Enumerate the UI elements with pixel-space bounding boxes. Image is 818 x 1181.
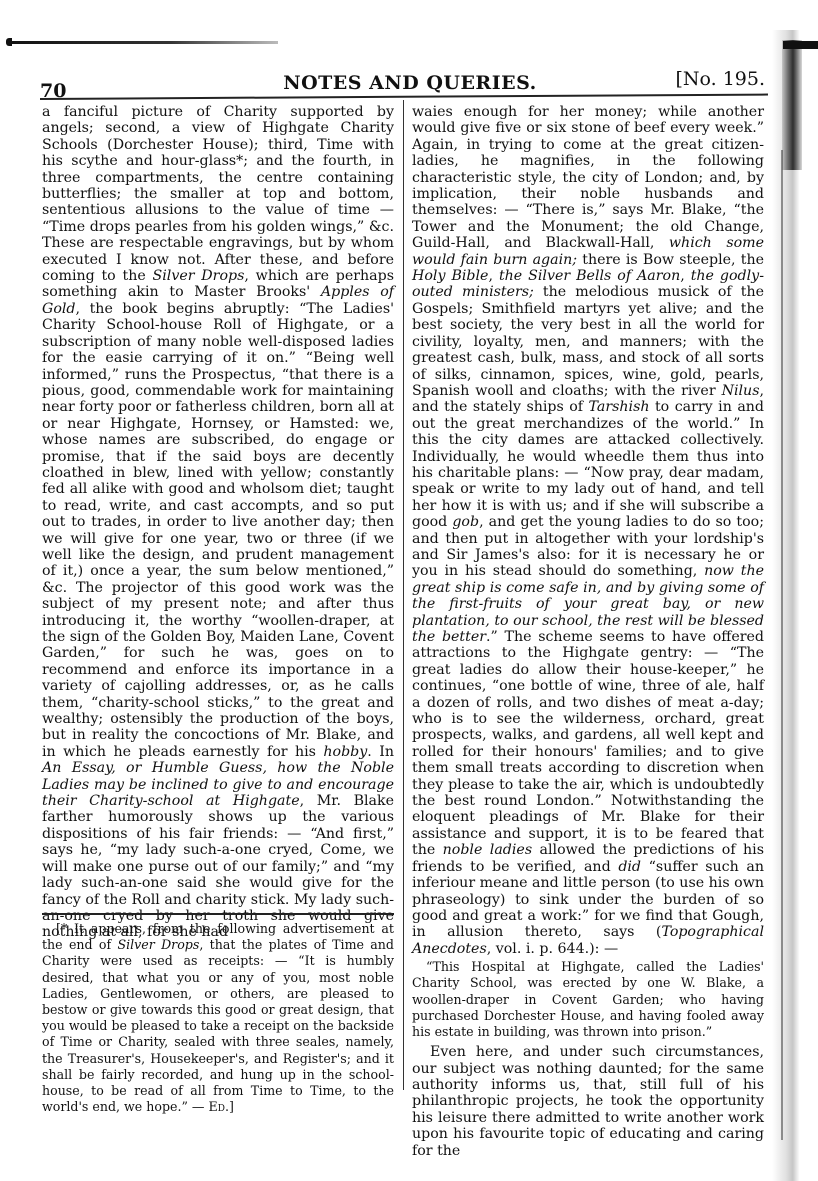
text-run: there is Bow steeple, the (577, 252, 764, 268)
text-run: . In (367, 744, 394, 760)
footnote-rule (42, 913, 394, 915)
footnote: [* It appears, from the following advert… (42, 921, 394, 1115)
text-run: .” The scheme seems to have offered attr… (412, 629, 764, 858)
paragraph: Even here, and under such circumstances,… (412, 1044, 764, 1159)
binding-shadow-dark (782, 40, 802, 170)
italic-text: Silver Drops (153, 268, 245, 284)
text-run: the melodious musick of the Gospels; Smi… (412, 284, 764, 398)
text-run: , (488, 268, 499, 284)
text-run: , Mr. Blake farther humorously shows up … (42, 793, 394, 940)
italic-text: gob (452, 514, 479, 530)
right-column: waies enough for her money; while anothe… (412, 104, 764, 1159)
text-run: , the book begins abruptly: “The Ladies'… (42, 301, 394, 760)
column-divider (403, 100, 404, 1090)
italic-text: did (618, 859, 641, 875)
binding-cap (783, 41, 818, 49)
footnote-text: [* It appears, from the following advert… (42, 921, 394, 1115)
top-rule (8, 41, 278, 44)
issue-number: [No. 195. (675, 68, 765, 90)
text-run: a fanciful picture of Charity supported … (42, 104, 394, 284)
page-title: NOTES AND QUERIES. (40, 72, 780, 94)
paragraph: waies enough for her money; while anothe… (412, 104, 764, 957)
text-run: “This Hospital at Highgate, called the L… (412, 959, 764, 1039)
italic-text: Holy Bible (412, 268, 488, 284)
text-run: , vol. i. p. 644.): — (487, 941, 618, 957)
paragraph: a fanciful picture of Charity supported … (42, 104, 394, 941)
italic-text: Nilus (722, 383, 760, 399)
text-run: , that the plates of Time and Charity we… (42, 937, 394, 1114)
italic-text: Silver Drops (117, 937, 199, 952)
italic-text: hobby (323, 744, 367, 760)
text-run: Ed. (209, 1099, 229, 1114)
binding-shadow (772, 30, 818, 1181)
text-run: waies enough for her money; while anothe… (412, 104, 764, 251)
block-quote: “This Hospital at Highgate, called the L… (412, 959, 764, 1040)
italic-text: the Silver Bells of Aaron (499, 268, 680, 284)
text-run: to carry in and out the great merchandiz… (412, 399, 764, 530)
text-run: ] (229, 1099, 234, 1114)
text-run: Even here, and under such circumstances,… (412, 1044, 764, 1158)
italic-text: noble ladies (443, 842, 532, 858)
text-run: , (680, 268, 691, 284)
binding-edge-line (781, 150, 783, 1140)
left-column: a fanciful picture of Charity supported … (42, 104, 394, 941)
italic-text: Tarshish (589, 399, 650, 415)
